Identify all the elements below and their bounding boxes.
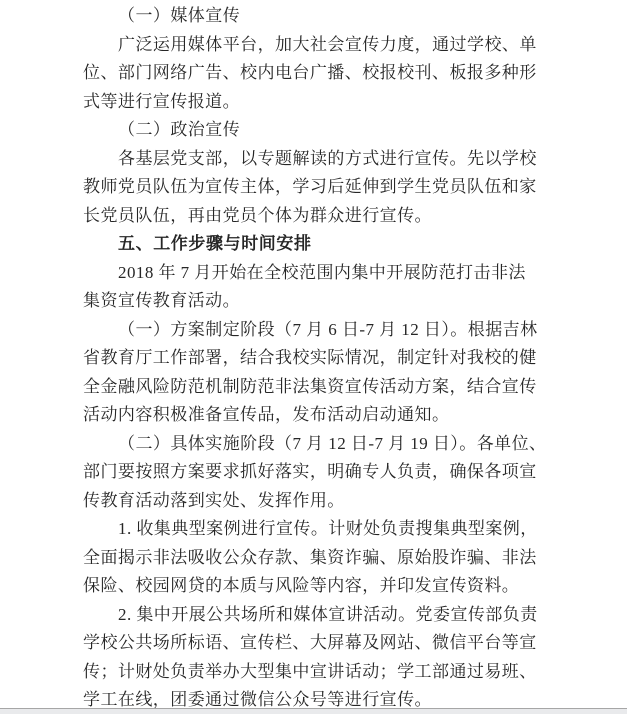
text-line: 全金融风险防范机制防范非法集资宣传活动方案，结合宣传	[83, 373, 553, 402]
text-line: 学校公共场所标语、宣传栏、大屏幕及网站、微信平台等宣	[83, 629, 553, 658]
text-line: 各基层党支部，以专题解读的方式进行宣传。先以学校	[83, 145, 553, 174]
text-line: 位、部门网络广告、校内电台广播、校报校刊、板报多种形	[83, 59, 553, 88]
text-line: 省教育厅工作部署，结合我校实际情况，制定针对我校的健	[83, 344, 553, 373]
document-text-block: （一）媒体宣传广泛运用媒体平台，加大社会宣传力度，通过学校、单位、部门网络广告、…	[83, 2, 553, 714]
text-line: 全面揭示非法吸收公众存款、集资诈骗、原始股诈骗、非法	[83, 544, 553, 573]
section-heading: 五、工作步骤与时间安排	[83, 230, 553, 259]
text-line: 1. 收集典型案例进行宣传。计财处负责搜集典型案例，	[83, 515, 553, 544]
page-break-strip	[0, 708, 627, 714]
text-line: 传教育活动落到实处、发挥作用。	[83, 487, 553, 516]
text-line: 2. 集中开展公共场所和媒体宣讲活动。党委宣传部负责	[83, 601, 553, 630]
text-line: 集资宣传教育活动。	[83, 287, 553, 316]
text-line: 式等进行宣传报道。	[83, 88, 553, 117]
text-line: 部门要按照方案要求抓好落实，明确专人负责，确保各项宣	[83, 458, 553, 487]
text-line: 保险、校园网贷的本质与风险等内容，并印发宣传资料。	[83, 572, 553, 601]
text-line: 长党员队伍，再由党员个体为群众进行宣传。	[83, 202, 553, 231]
text-line: 教师党员队伍为宣传主体，学习后延伸到学生党员队伍和家	[83, 173, 553, 202]
text-line: 2018 年 7 月开始在全校范围内集中开展防范打击非法	[83, 259, 553, 288]
document-page: （一）媒体宣传广泛运用媒体平台，加大社会宣传力度，通过学校、单位、部门网络广告、…	[0, 0, 627, 714]
text-line: （一）媒体宣传	[83, 2, 553, 31]
text-line: （二）政治宣传	[83, 116, 553, 145]
text-line: 传；计财处负责举办大型集中宣讲话动；学工部通过易班、	[83, 658, 553, 687]
text-line: （二）具体实施阶段（7 月 12 日-7 月 19 日）。各单位、	[83, 430, 553, 459]
text-line: （一）方案制定阶段（7 月 6 日-7 月 12 日）。根据吉林	[83, 316, 553, 345]
text-line: 活动内容积极准备宣传品，发布活动启动通知。	[83, 401, 553, 430]
text-line: 广泛运用媒体平台，加大社会宣传力度，通过学校、单	[83, 31, 553, 60]
